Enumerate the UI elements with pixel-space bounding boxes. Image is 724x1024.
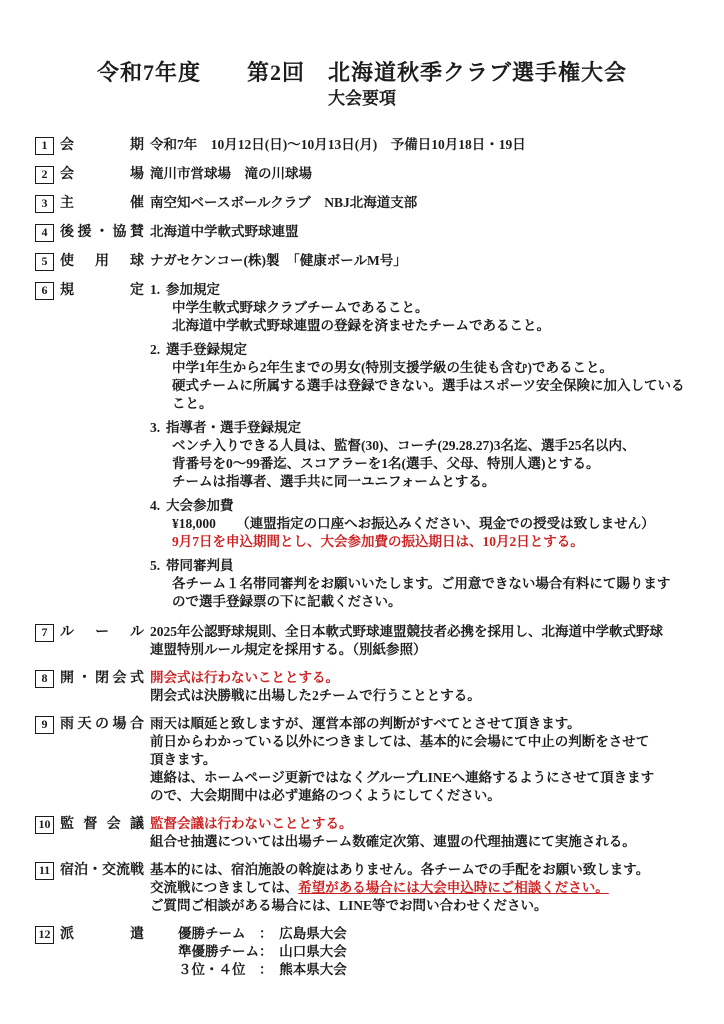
content-line: 背番号を0～99番迄、スコアラーを1名(選手、父母、特別人選)とする。 (150, 455, 689, 473)
section-row-9: 9雨天の場合雨天は順延と致しますが、運営本部の判断がすべてとさせて頂きます。前日… (35, 715, 689, 805)
content-line: 開会式は行わないこととする。 (150, 669, 689, 687)
section-number: 5 (35, 253, 54, 271)
content-line: チームは指導者、選手共に同一ユニフォームとする。 (150, 473, 689, 491)
content-line: 連絡は、ホームページ更新ではなくグループLINEへ連絡するようにさせて頂きます (150, 769, 689, 787)
content-text: 滝川市営球場 滝の川球場 (150, 166, 312, 181)
section-label: 会期 (60, 137, 144, 155)
section-content: 令和7年 10月12日(日)～10月13日(月) 予備日10月18日・19日 (150, 136, 689, 154)
section-label: 会場 (60, 166, 144, 184)
content-line: 各チーム１名帯同審判をお願いいたします。ご用意できない場合有料にて賜ります (150, 575, 689, 593)
sub-heading: 参加規定 (166, 282, 220, 297)
content-line: 中学生軟式野球クラブチームであること。 (150, 299, 689, 317)
content-line: 監督会議は行わないこととする。 (150, 815, 689, 833)
section-row-10: 10監督会議監督会議は行わないこととする。組合せ抽選については出場チーム数確定次… (35, 815, 689, 851)
section-label: 派遣 (60, 926, 144, 944)
content-text: 前日からわかっている以外につきましては、基本的に会場にて中止の判断をさせて (150, 734, 649, 749)
content-text: ナガセケンコー(株)製 「健康ボールM号」 (150, 253, 407, 268)
content-text: 硬式チームに所属する選手は登録できない。選手はスポーツ安全保険に加入している (172, 378, 684, 393)
content-line: 交流戦につきましては、希望がある場合には大会申込時にご相談ください。 (150, 879, 689, 897)
content-line: 北海道中学軟式野球連盟 (150, 223, 689, 241)
section-number: 7 (35, 624, 54, 642)
section-number: 10 (35, 816, 54, 834)
sub-heading: 選手登録規定 (166, 342, 247, 357)
content-line: 準優勝チーム： 山口県大会 (178, 943, 689, 961)
content-text: 頂きます。 (150, 752, 216, 767)
section-number: 9 (35, 716, 54, 734)
section-row-3: 3主催南空知ベースボールクラブ NBJ北海道支部 (35, 194, 689, 213)
content-text: 北海道中学軟式野球連盟の登録を済ませたチームであること。 (172, 318, 550, 333)
section-content: 監督会議は行わないこととする。組合せ抽選については出場チーム数確定次第、連盟の代… (150, 815, 689, 851)
content-text: 南空知ベースボールクラブ NBJ北海道支部 (150, 195, 417, 210)
section-number: 8 (35, 670, 54, 688)
content-text: 基本的には、宿泊施設の斡旋はありません。各チームでの手配をお願い致します。 (150, 862, 649, 877)
content-text: 9月7日を申込期間とし、大会参加費の振込期日は、10月2日とする。 (172, 534, 584, 549)
section-number: 11 (35, 862, 54, 880)
section-content: 2025年公認野球規則、全日本軟式野球連盟競技者必携を採用し、北海道中学軟式野球… (150, 623, 689, 659)
content-text: 雨天は順延と致しますが、運営本部の判断がすべてとさせて頂きます。 (150, 716, 581, 731)
section-number: 2 (35, 166, 54, 184)
section-label: 使用球 (60, 253, 144, 271)
section-row-4: 4後援・協賛北海道中学軟式野球連盟 (35, 223, 689, 242)
content-line: ３位・４位 ： 熊本県大会 (178, 961, 689, 979)
content-text: 連絡は、ホームページ更新ではなくグループLINEへ連絡するようにさせて頂きます (150, 770, 654, 785)
content-text: 閉会式は決勝戦に出場した2チームで行うこととする。 (150, 688, 481, 703)
content-line: 2.選手登録規定 (150, 341, 689, 359)
section-number: 1 (35, 137, 54, 155)
content-line: 基本的には、宿泊施設の斡旋はありません。各チームでの手配をお願い致します。 (150, 861, 689, 879)
content-line: 前日からわかっている以外につきましては、基本的に会場にて中止の判断をさせて (150, 733, 689, 751)
section-label: ルール (60, 624, 144, 642)
content-line: ご質問ご相談がある場合には、LINE等でお問い合わせください。 (150, 897, 689, 915)
content-line: 中学1年生から2年生までの男女(特別支援学級の生徒も含む)であること。 (150, 359, 689, 377)
sub-heading: 大会参加費 (166, 498, 234, 513)
section-content: 南空知ベースボールクラブ NBJ北海道支部 (150, 194, 689, 212)
content-text: 組合せ抽選については出場チーム数確定次第、連盟の代理抽選にて実施される。 (150, 834, 636, 849)
content-line: ベンチ入りできる人員は、監督(30)、コーチ(29.28.27)3名迄、選手25… (150, 437, 689, 455)
content-text: 優勝チーム ： 広島県大会 (178, 926, 347, 941)
document-subtitle: 大会要項 (35, 88, 689, 110)
document-title: 令和7年度 第2回 北海道秋季クラブ選手権大会 (35, 60, 689, 86)
content-text: 監督会議は行わないこととする。 (150, 816, 353, 831)
section-content: 雨天は順延と致しますが、運営本部の判断がすべてとさせて頂きます。前日からわかって… (150, 715, 689, 805)
content-text: 開会式は行わないこととする。 (150, 670, 339, 685)
content-line: 閉会式は決勝戦に出場した2チームで行うこととする。 (150, 687, 689, 705)
section-label: 雨天の場合 (60, 716, 144, 734)
sections-list: 1会期令和7年 10月12日(日)～10月13日(月) 予備日10月18日・19… (35, 136, 689, 979)
document-page: 令和7年度 第2回 北海道秋季クラブ選手権大会 大会要項 1会期令和7年 10月… (0, 0, 724, 1024)
section-number: 3 (35, 195, 54, 213)
content-line: こと。 (150, 395, 689, 413)
section-content: 優勝チーム ： 広島県大会準優勝チーム： 山口県大会３位・４位 ： 熊本県大会 (150, 925, 689, 979)
section-label: 後援・協賛 (60, 224, 144, 242)
content-line: 連盟特別ルール規定を採用する。（別紙参照） (150, 641, 689, 659)
content-line: 雨天は順延と致しますが、運営本部の判断がすべてとさせて頂きます。 (150, 715, 689, 733)
content-line: 3.指導者・選手登録規定 (150, 419, 689, 437)
content-line: 2025年公認野球規則、全日本軟式野球連盟競技者必携を採用し、北海道中学軟式野球 (150, 623, 689, 641)
section-row-11: 11宿泊・交流戦基本的には、宿泊施設の斡旋はありません。各チームでの手配をお願い… (35, 861, 689, 915)
content-text: 2025年公認野球規則、全日本軟式野球連盟競技者必携を採用し、北海道中学軟式野球 (150, 624, 663, 639)
section-content: 北海道中学軟式野球連盟 (150, 223, 689, 241)
content-line: 組合せ抽選については出場チーム数確定次第、連盟の代理抽選にて実施される。 (150, 833, 689, 851)
content-line: ¥18,000 （連盟指定の口座へお振込みください、現金での授受は致しません） (150, 515, 689, 533)
content-text: 希望がある場合には大会申込時にご相談ください。 (298, 880, 609, 895)
content-line: 1.参加規定 (150, 281, 689, 299)
list-marker: 5. (150, 557, 166, 575)
content-text: ご質問ご相談がある場合には、LINE等でお問い合わせください。 (150, 898, 548, 913)
content-line: 9月7日を申込期間とし、大会参加費の振込期日は、10月2日とする。 (150, 533, 689, 551)
section-number: 6 (35, 282, 54, 300)
section-number: 4 (35, 224, 54, 242)
content-line: 4.大会参加費 (150, 497, 689, 515)
content-text: ので選手登録票の下に記載ください。 (172, 594, 402, 609)
content-text: 中学1年生から2年生までの男女(特別支援学級の生徒も含む)であること。 (172, 360, 613, 375)
content-line: 頂きます。 (150, 751, 689, 769)
section-row-5: 5使用球ナガセケンコー(株)製 「健康ボールM号」 (35, 252, 689, 271)
content-text: こと。 (172, 396, 213, 411)
content-text: 交流戦につきましては、 (150, 880, 298, 895)
section-row-1: 1会期令和7年 10月12日(日)～10月13日(月) 予備日10月18日・19… (35, 136, 689, 155)
content-line: 優勝チーム ： 広島県大会 (178, 925, 689, 943)
content-line: ので、大会期間中は必ず連絡のつくようにしてください。 (150, 787, 689, 805)
section-row-6: 6規定1.参加規定中学生軟式野球クラブチームであること。北海道中学軟式野球連盟の… (35, 281, 689, 611)
section-row-2: 2会場滝川市営球場 滝の川球場 (35, 165, 689, 184)
content-text: 連盟特別ルール規定を採用する。（別紙参照） (150, 642, 426, 657)
section-content: 開会式は行わないこととする。閉会式は決勝戦に出場した2チームで行うこととする。 (150, 669, 689, 705)
list-marker: 1. (150, 281, 166, 299)
content-line: ので選手登録票の下に記載ください。 (150, 593, 689, 611)
section-label: 開・閉会式 (60, 670, 144, 688)
content-text: チームは指導者、選手共に同一ユニフォームとする。 (172, 474, 495, 489)
section-row-8: 8開・閉会式開会式は行わないこととする。閉会式は決勝戦に出場した2チームで行うこ… (35, 669, 689, 705)
content-text: ３位・４位 ： 熊本県大会 (178, 962, 347, 977)
section-content: 滝川市営球場 滝の川球場 (150, 165, 689, 183)
list-marker: 3. (150, 419, 166, 437)
section-content: 1.参加規定中学生軟式野球クラブチームであること。北海道中学軟式野球連盟の登録を… (150, 281, 689, 611)
content-line: 南空知ベースボールクラブ NBJ北海道支部 (150, 194, 689, 212)
section-row-12: 12派遣優勝チーム ： 広島県大会準優勝チーム： 山口県大会３位・４位 ： 熊本… (35, 925, 689, 979)
content-line: 北海道中学軟式野球連盟の登録を済ませたチームであること。 (150, 317, 689, 335)
content-text: 令和7年 10月12日(日)～10月13日(月) 予備日10月18日・19日 (150, 137, 526, 152)
section-content: 基本的には、宿泊施設の斡旋はありません。各チームでの手配をお願い致します。交流戦… (150, 861, 689, 915)
section-content: ナガセケンコー(株)製 「健康ボールM号」 (150, 252, 689, 270)
content-line: 硬式チームに所属する選手は登録できない。選手はスポーツ安全保険に加入している (150, 377, 689, 395)
content-text: 準優勝チーム： 山口県大会 (178, 944, 347, 959)
list-marker: 2. (150, 341, 166, 359)
content-line: 滝川市営球場 滝の川球場 (150, 165, 689, 183)
section-number: 12 (35, 926, 54, 944)
content-text: 背番号を0～99番迄、スコアラーを1名(選手、父母、特別人選)とする。 (172, 456, 600, 471)
content-line: ナガセケンコー(株)製 「健康ボールM号」 (150, 252, 689, 270)
section-row-7: 7ルール2025年公認野球規則、全日本軟式野球連盟競技者必携を採用し、北海道中学… (35, 623, 689, 659)
section-label: 監督会議 (60, 816, 144, 834)
content-text: 中学生軟式野球クラブチームであること。 (172, 300, 429, 315)
sub-heading: 帯同審判員 (166, 558, 234, 573)
content-text: 北海道中学軟式野球連盟 (150, 224, 299, 239)
section-label: 主催 (60, 195, 144, 213)
content-text: ¥18,000 （連盟指定の口座へお振込みください、現金での授受は致しません） (172, 516, 655, 531)
section-label: 宿泊・交流戦 (60, 862, 144, 880)
content-text: 各チーム１名帯同審判をお願いいたします。ご用意できない場合有料にて賜ります (172, 576, 670, 591)
list-marker: 4. (150, 497, 166, 515)
content-line: 5.帯同審判員 (150, 557, 689, 575)
content-line: 令和7年 10月12日(日)～10月13日(月) 予備日10月18日・19日 (150, 136, 689, 154)
section-label: 規定 (60, 282, 144, 300)
sub-heading: 指導者・選手登録規定 (166, 420, 301, 435)
content-text: ので、大会期間中は必ず連絡のつくようにしてください。 (150, 788, 501, 803)
content-text: ベンチ入りできる人員は、監督(30)、コーチ(29.28.27)3名迄、選手25… (172, 438, 635, 453)
